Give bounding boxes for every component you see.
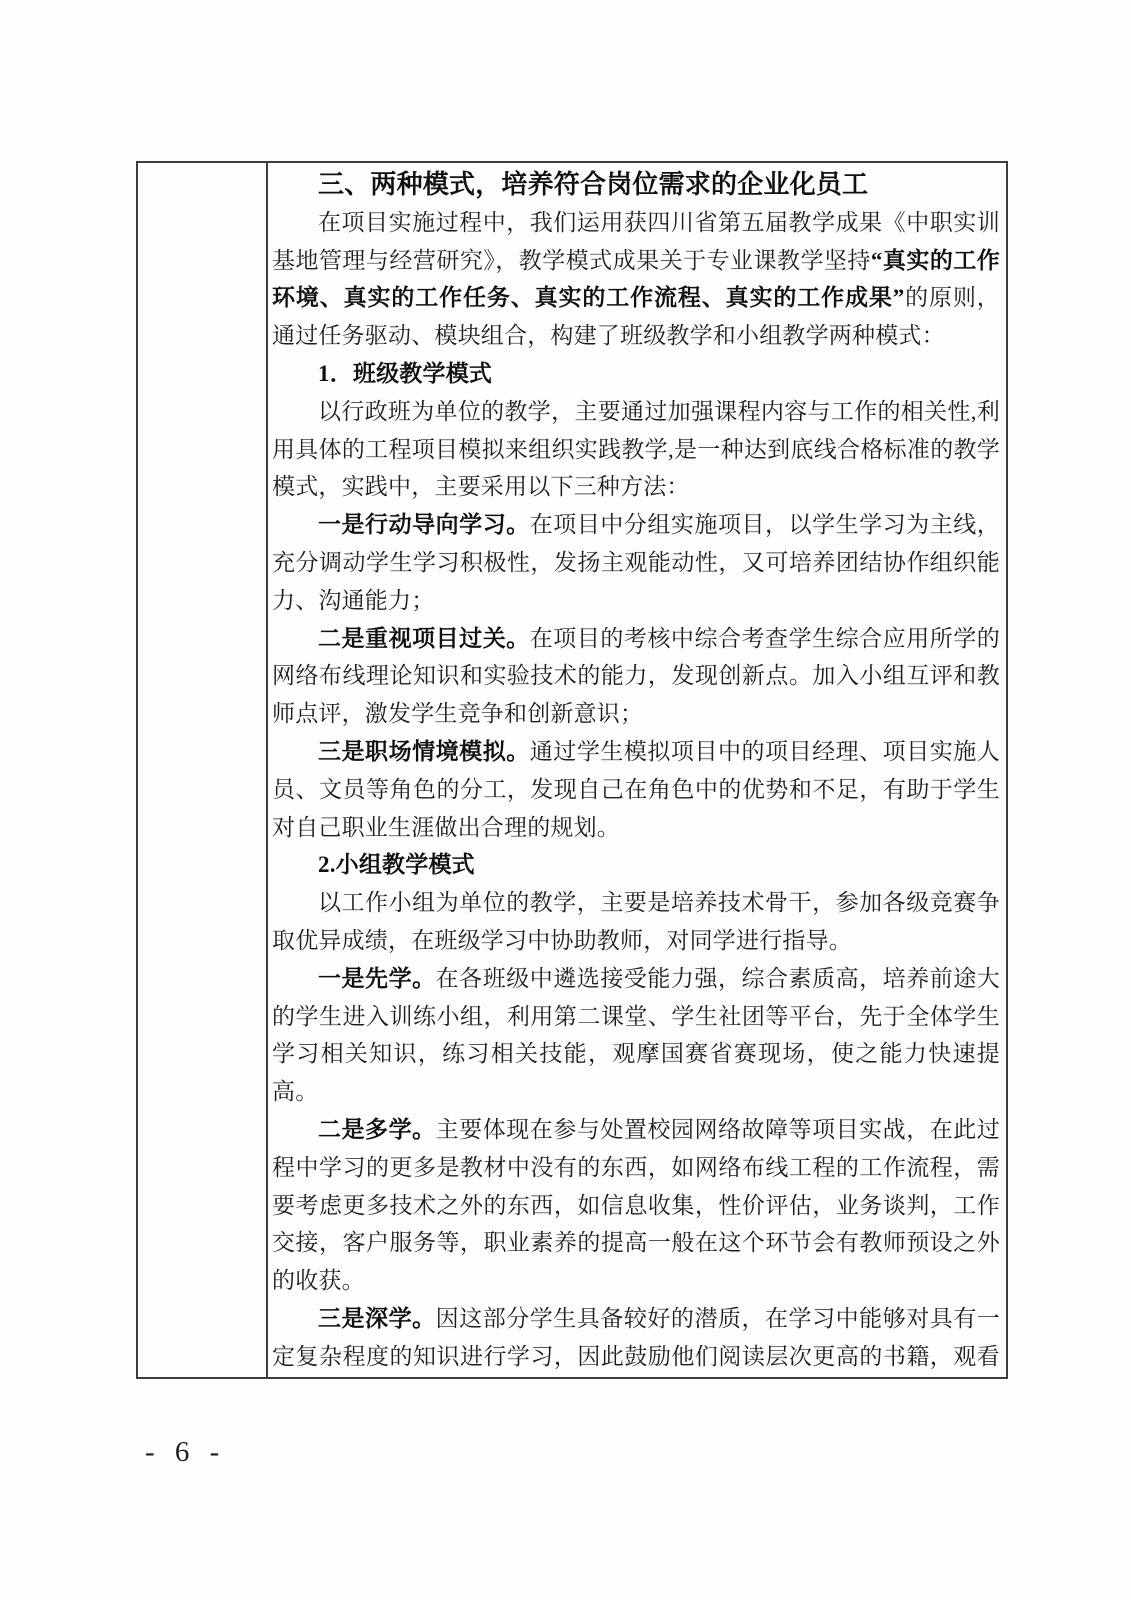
page-number: - 6 -: [145, 1436, 222, 1469]
text-run: 以行政班为单位的教学，主要通过加强课程内容与工作的相关性,利用具体的工程项目模拟…: [272, 399, 1000, 500]
bold-text-run: 一是先学。: [318, 966, 436, 991]
section-heading: 1．班级教学模式: [272, 355, 1000, 393]
paragraph: 三是深学。因这部分学生具备较好的潜质，在学习中能够对具有一定复杂程度的知识进行学…: [272, 1300, 1000, 1377]
paragraph: 二是多学。主要体现在参与处置校园网络故障等项目实战，在此过程中学习的更多是教材中…: [272, 1111, 1000, 1300]
paragraph: 二是重视项目过关。在项目的考核中综合考查学生综合应用所学的网络布线理论知识和实验…: [272, 620, 1000, 733]
bold-text-run: 一是行动导向学习。: [318, 512, 530, 537]
document-body: 三、两种模式，培养符合岗位需求的企业化员工在项目实施过程中，我们运用获四川省第五…: [268, 163, 1006, 1377]
content-table: 三、两种模式，培养符合岗位需求的企业化员工在项目实施过程中，我们运用获四川省第五…: [136, 161, 1008, 1379]
paragraph: 在项目实施过程中，我们运用获四川省第五届教学成果《中职实训基地管理与经营研究》，…: [272, 204, 1000, 355]
bold-text-run: 三是深学。: [318, 1306, 436, 1331]
bold-text-run: 三、两种模式，培养符合岗位需求的企业化员工: [318, 170, 868, 199]
bold-text-run: 二是多学。: [318, 1117, 436, 1142]
document-page: 三、两种模式，培养符合岗位需求的企业化员工在项目实施过程中，我们运用获四川省第五…: [0, 0, 1131, 1600]
paragraph: 三是职场情境模拟。通过学生模拟项目中的项目经理、项目实施人员、文员等角色的分工，…: [272, 733, 1000, 846]
paragraph: 以行政班为单位的教学，主要通过加强课程内容与工作的相关性,利用具体的工程项目模拟…: [272, 393, 1000, 506]
bold-text-run: 二是重视项目过关。: [318, 626, 530, 651]
bold-text-run: 三是职场情境模拟。: [318, 739, 530, 764]
paragraph: 一是先学。在各班级中遴选接受能力强，综合素质高，培养前途大的学生进入训练小组，利…: [272, 960, 1000, 1111]
text-run: 主要体现在参与处置校园网络故障等项目实战，在此过程中学习的更多是教材中没有的东西…: [272, 1117, 1000, 1293]
bold-text-run: 2.小组教学模式: [318, 852, 475, 877]
document-title: 三、两种模式，培养符合岗位需求的企业化员工: [272, 166, 1000, 204]
bold-text-run: 1．班级教学模式: [318, 361, 492, 386]
text-run: 以工作小组为单位的教学，主要是培养技术骨干，参加各级竞赛争取优异成绩，在班级学习…: [272, 890, 1000, 953]
paragraph: 一是行动导向学习。在项目中分组实施项目，以学生学习为主线，充分调动学生学习积极性…: [272, 506, 1000, 619]
paragraph: 以工作小组为单位的教学，主要是培养技术骨干，参加各级竞赛争取优异成绩，在班级学习…: [272, 884, 1000, 960]
table-empty-cell: [138, 163, 268, 1377]
section-heading: 2.小组教学模式: [272, 846, 1000, 884]
